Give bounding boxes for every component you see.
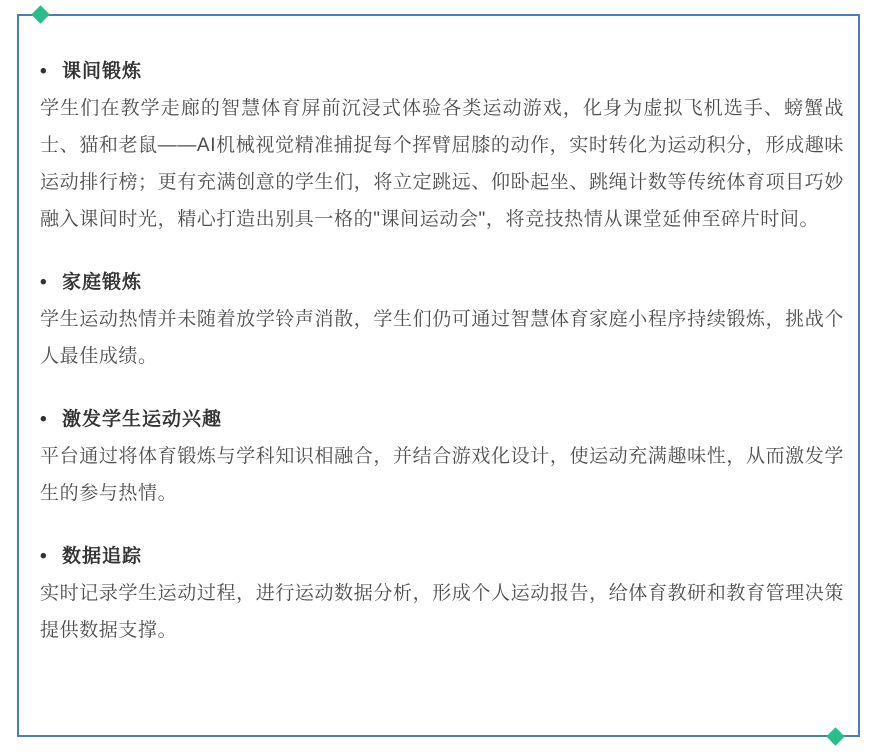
section-heading-row: • 课间锻炼 xyxy=(40,53,844,90)
document-content: • 课间锻炼 学生们在教学走廊的智慧体育屏前沉浸式体验各类运动游戏，化身为虚拟飞… xyxy=(19,16,858,649)
section-body: 平台通过将体育锻炼与学科知识相融合，并结合游戏化设计，使运动充满趣味性，从而激发… xyxy=(40,438,844,512)
section-heading-row: • 数据追踪 xyxy=(40,538,844,575)
section-heading: 家庭锻炼 xyxy=(62,264,142,301)
section-body: 学生运动热情并未随着放学铃声消散，学生们仍可通过智慧体育家庭小程序持续锻炼，挑战… xyxy=(40,301,844,375)
bullet-icon: • xyxy=(40,538,62,575)
bullet-icon: • xyxy=(40,264,62,301)
section-data-tracking: • 数据追踪 实时记录学生运动过程，进行运动数据分析，形成个人运动报告，给体育教… xyxy=(40,538,844,649)
section-body: 学生们在教学走廊的智慧体育屏前沉浸式体验各类运动游戏，化身为虚拟飞机选手、螃蟹战… xyxy=(40,90,844,238)
section-heading: 数据追踪 xyxy=(62,538,142,575)
section-home-exercise: • 家庭锻炼 学生运动热情并未随着放学铃声消散，学生们仍可通过智慧体育家庭小程序… xyxy=(40,264,844,375)
section-heading: 激发学生运动兴趣 xyxy=(62,401,222,438)
section-body: 实时记录学生运动过程，进行运动数据分析，形成个人运动报告，给体育教研和教育管理决… xyxy=(40,575,844,649)
diamond-accent-bottom-right-icon xyxy=(826,727,844,745)
bullet-icon: • xyxy=(40,401,62,438)
bullet-icon: • xyxy=(40,53,62,90)
section-heading: 课间锻炼 xyxy=(62,53,142,90)
section-heading-row: • 激发学生运动兴趣 xyxy=(40,401,844,438)
content-frame: • 课间锻炼 学生们在教学走廊的智慧体育屏前沉浸式体验各类运动游戏，化身为虚拟飞… xyxy=(17,14,860,737)
section-heading-row: • 家庭锻炼 xyxy=(40,264,844,301)
section-break-exercise: • 课间锻炼 学生们在教学走廊的智慧体育屏前沉浸式体验各类运动游戏，化身为虚拟飞… xyxy=(40,53,844,238)
section-motivate-interest: • 激发学生运动兴趣 平台通过将体育锻炼与学科知识相融合，并结合游戏化设计，使运… xyxy=(40,401,844,512)
